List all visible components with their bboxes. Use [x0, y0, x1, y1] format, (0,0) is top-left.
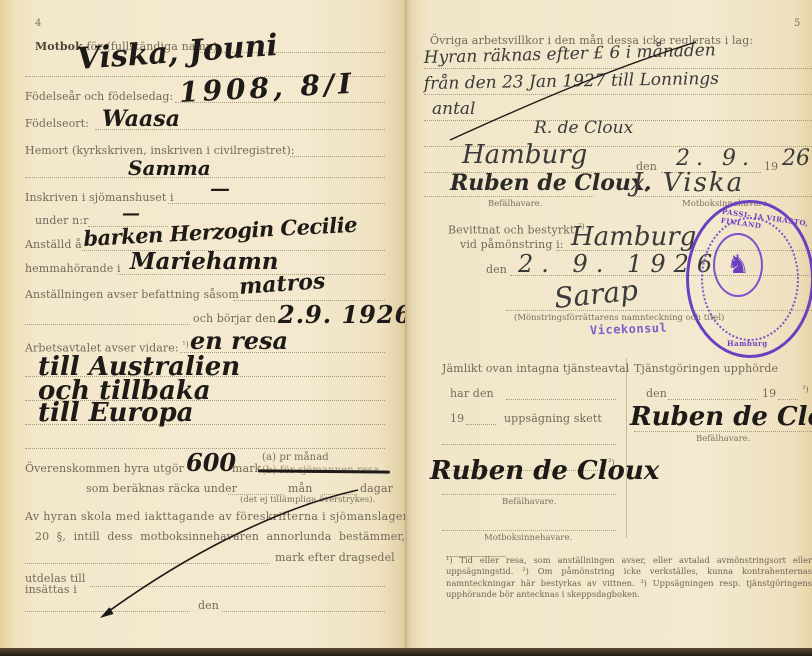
dotted-line — [442, 494, 616, 495]
termination-right-signature: Ruben de Cloux. — [630, 402, 812, 432]
termination-left-captain-caption: Befälhavare. — [502, 497, 556, 507]
dotted-line — [631, 196, 812, 197]
termination-left-signature: Ruben de Cloux — [430, 456, 659, 486]
termination-year: 19 — [450, 412, 464, 425]
book-spine — [405, 0, 407, 648]
column-divider — [626, 358, 627, 538]
official-signature: Sarap — [553, 273, 640, 315]
dotted-line — [506, 399, 616, 400]
captain-signature: Ruben de Cloux. — [450, 170, 652, 196]
footnotes: ¹) Tid eller resa, som anställningen avs… — [446, 555, 812, 601]
cancellation-stroke — [0, 0, 406, 648]
termination-right-caption: Befälhavare. — [696, 434, 750, 444]
finnish-lion-emblem-icon: ♞ — [713, 233, 763, 297]
termination-right-year: 19 — [762, 387, 776, 400]
muster-place-handwritten: Hamburg — [571, 222, 696, 252]
year-handwritten: 26 — [782, 146, 810, 171]
place-handwritten: Hamburg — [462, 140, 587, 170]
termination-left-holder-caption: Motboksinnehavare. — [484, 533, 572, 543]
consular-seal: ♞ PASSI- JA VIRASTO, FINLAND Hamburg — [686, 200, 812, 358]
seal-text-bottom: Hamburg — [727, 339, 768, 348]
document-spread: 4 Motbok för (fullständiga namn) Viska, … — [0, 0, 812, 648]
dotted-line — [668, 399, 758, 400]
termination-left-heading: Jämlikt ovan intagna tjänsteavtal — [442, 362, 629, 375]
dotted-line — [442, 530, 616, 531]
dotted-line — [778, 399, 798, 400]
termination-has-den: har den — [450, 387, 494, 400]
termination-right-den: den — [646, 387, 667, 400]
termination-right-ref: ³) — [802, 385, 809, 395]
dotted-line — [442, 444, 616, 445]
muster-den-label: den — [486, 263, 507, 276]
dotted-line — [424, 196, 594, 197]
termination-right-heading: Tjänstgöringen upphörde — [634, 362, 778, 375]
left-page: 4 Motbok för (fullständiga namn) Viska, … — [0, 0, 406, 648]
captain-caption: Befälhavare. — [488, 199, 542, 209]
captain-initials-handwritten: R. de Cloux — [534, 118, 633, 138]
seaman-signature: J. Viska — [632, 168, 744, 198]
witnessed-label: Bevittnat och bestyrkt ²) — [448, 222, 585, 237]
dotted-line — [634, 431, 812, 432]
vicekonsul-stamp: Vicekonsul — [590, 321, 668, 338]
termination-notice: uppsägning skett — [504, 412, 602, 425]
page-bottom-edge — [0, 648, 812, 656]
dotted-line — [466, 424, 496, 425]
year-prefix: 19 — [764, 160, 778, 173]
